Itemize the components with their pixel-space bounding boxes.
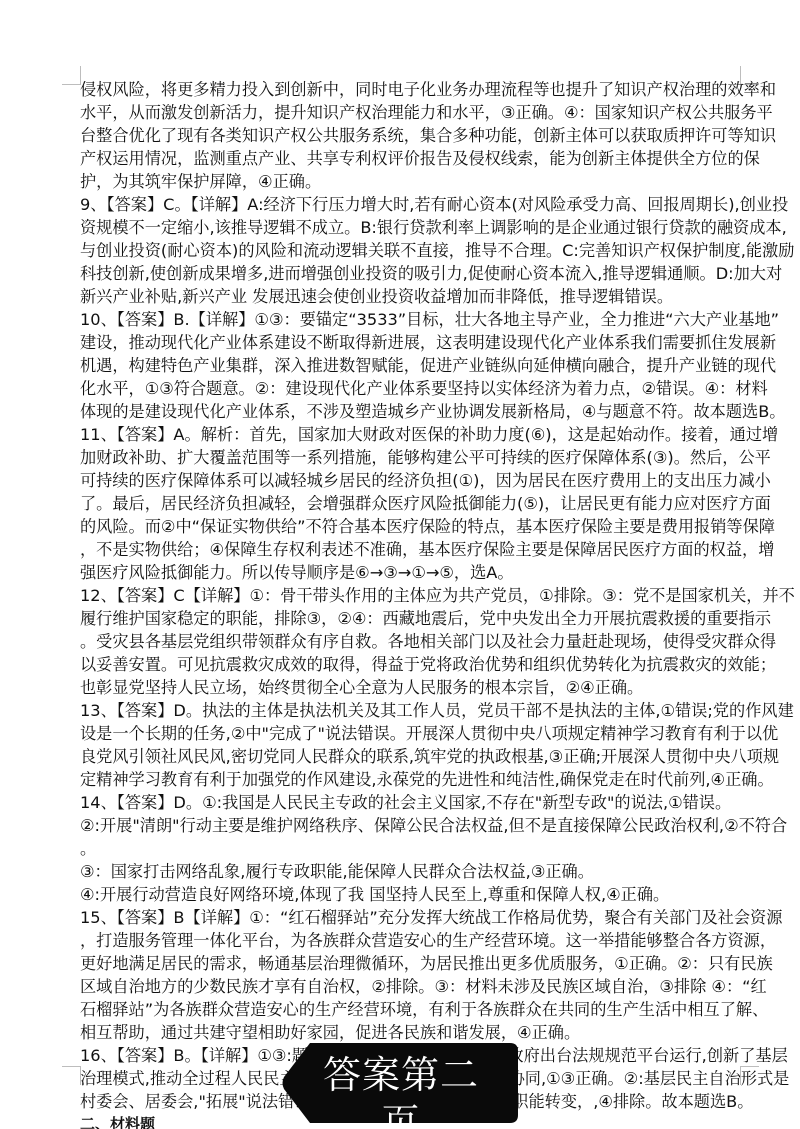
text-line: 。受灾县各基层党组织带领群众有序自救。各地相关部门以及社会力量赶赴现场，使得受灾… [80,630,742,653]
text-line: 资规模不一定缩小,该推导逻辑不成立。B:银行贷款利率上调影响的是企业通过银行贷款… [80,216,742,239]
text-line: 的风险。而②中“保证实物供给”不符合基本医疗保险的特点，基本医疗保险主要是费用报… [80,515,742,538]
text-line: ，不是实物供给；④保障生存权利表述不准确，基本医疗保险主要是保障居民医疗方面的权… [80,538,742,561]
text-line: 建设，推动现代化产业体系建设不断取得新进展，这表明建设现代化产业体系我们需要抓住… [80,331,742,354]
document-body: 侵权风险，将更多精力投入到创新中，同时电子化业务办理流程等也提升了知识产权治理的… [80,78,742,1129]
text-line: 与创业投资(耐心资本)的风险和流动逻辑关联不直接，推导不合理。C:完善知识产权保… [80,239,742,262]
text-line: 石榴驿站”为各族群众营造安心的生产经营环境，有利于各族群众在共同的生产生活中相互… [80,998,742,1021]
page-corner-mark-bottom-left [62,1066,81,1085]
text-line: 侵权风险，将更多精力投入到创新中，同时电子化业务办理流程等也提升了知识产权治理的… [80,78,742,101]
answer-9-line: 9、【答案】C。【详解】A:经济下行压力增大时,若有耐心资本(对风险承受力高、回… [80,193,742,216]
text-line: 加财政补助、扩大覆盖范围等一系列措施，能够构建公平可持续的医疗保障体系(③)。然… [80,446,742,469]
text-line: 。 [80,837,742,860]
text-line: ③：国家打击网络乱象,履行专政职能,能保障人民群众合法权益,③正确。 [80,860,742,883]
text-line: 水平，从而激发创新活力，提升知识产权治理能力和水平，③正确。④：国家知识产权公共… [80,101,742,124]
text-line: 护，为其筑牢保护屏障，④正确。 [80,170,742,193]
text-line: 履行维护国家稳定的职能，排除③，②④：西藏地震后，党中央发出全力开展抗震救援的重… [80,607,742,630]
text-line: 机遇，构建特色产业集群，深入推进数智赋能，促进产业链纵向延伸横向融合，提升产业链… [80,354,742,377]
page-corner-mark-top-left [62,66,81,85]
text-line: 化水平，①③符合题意。②：建设现代化产业体系要坚持以实体经济为着力点，②错误。④… [80,377,742,400]
answer-14-line: 14、【答案】D。①:我国是人民民主专政的社会主义国家,不存在"新型专政"的说法… [80,791,742,814]
text-line: 以妥善安置。可见抗震救灾成效的取得，得益于党将政治优势和组织优势转化为抗震救灾的… [80,653,742,676]
text-line: ，打造服务管理一体化平台，为各族群众营造安心的生产经营环境。这一举措能够整合各方… [80,929,742,952]
text-line: 更好地满足居民的需求，畅通基层治理微循环，为居民推出更多优质服务，①正确。②：只… [80,952,742,975]
answer-11-line: 11、【答案】A。解析：首先，国家加大财政对医保的补助力度(⑥)，这是起始动作。… [80,423,742,446]
answer-13-line: 13、【答案】D。执法的主体是执法机关及其工作人员，党员干部不是执法的主体,①错… [80,699,742,722]
text-line: 台整合优化了现有各类知识产权公共服务系统，集合多种功能，创新主体可以获取质押许可… [80,124,742,147]
text-line: 可持续的医疗保障体系可以减轻城乡居民的经济负担(①)，因为居民在医疗费用上的支出… [80,469,742,492]
page-tag-label: 答案第二页 [306,1051,496,1099]
answer-10-line: 10、【答案】B.【详解】①③：要锚定“3533”目标，壮大各地主导产业，全力推… [80,308,742,331]
text-line: 科技创新,使创新成果增多,进而增强创业投资的吸引力,促使耐心资本流入,推导逻辑通… [80,262,742,285]
text-line: 设是一个长期的任务,②中"完成了"说法错误。开展深人贯彻中央八项规定精神学习教育… [80,722,742,745]
text-line: 也彰显党坚持人民立场，始终贯彻全心全意为人民服务的根本宗旨，②④正确。 [80,676,742,699]
text-line: 体现的是建设现代化产业体系，不涉及塑造城乡产业协调发展新格局，④与题意不符。故本… [80,400,742,423]
text-line: ②:开展"清朗"行动主要是维护网络秩序、保障公民合法权益,但不是直接保障公民政治… [80,814,742,837]
text-line: 区域自治地方的少数民族才享有自治权，②排除。③：材料未涉及民族区域自治，③排除 … [80,975,742,998]
text-line: 强医疗风险抵御能力。所以传导顺序是⑥→③→①→⑤，选A。 [80,561,742,584]
text-line: 了。最后，居民经济负担减轻，会增强群众医疗风险抵御能力(⑤)，让居民更有能力应对… [80,492,742,515]
page-tag: 答案第二页 [282,1039,462,1111]
text-line: 定精神学习教育有利于加强党的作风建设,永葆党的先进性和纯洁性,确保党走在时代前列… [80,768,742,791]
text-line: ④:开展行动营造良好网络环境,体现了我 国坚持人民至上,尊重和保障人权,④正确。 [80,883,742,906]
answer-12-line: 12、【答案】C【详解】①：骨干带头作用的主体应为共产党员，①排除。③：党不是国… [80,584,742,607]
text-line: 产权运用情况，监测重点产业、共享专利权评价报告及侵权线索，能为创新主体提供全方位… [80,147,742,170]
text-line: 新兴产业补贴,新兴产业 发展迅速会使创业投资收益增加而非降低，推导逻辑错误。 [80,285,742,308]
text-line: 良党风引领社风民风,密切党同人民群众的联系,筑牢党的执政根基,③正确;开展深人贯… [80,745,742,768]
answer-15-line: 15、【答案】B【详解】①：“红石榴驿站”充分发挥大统战工作格局优势，聚合有关部… [80,906,742,929]
